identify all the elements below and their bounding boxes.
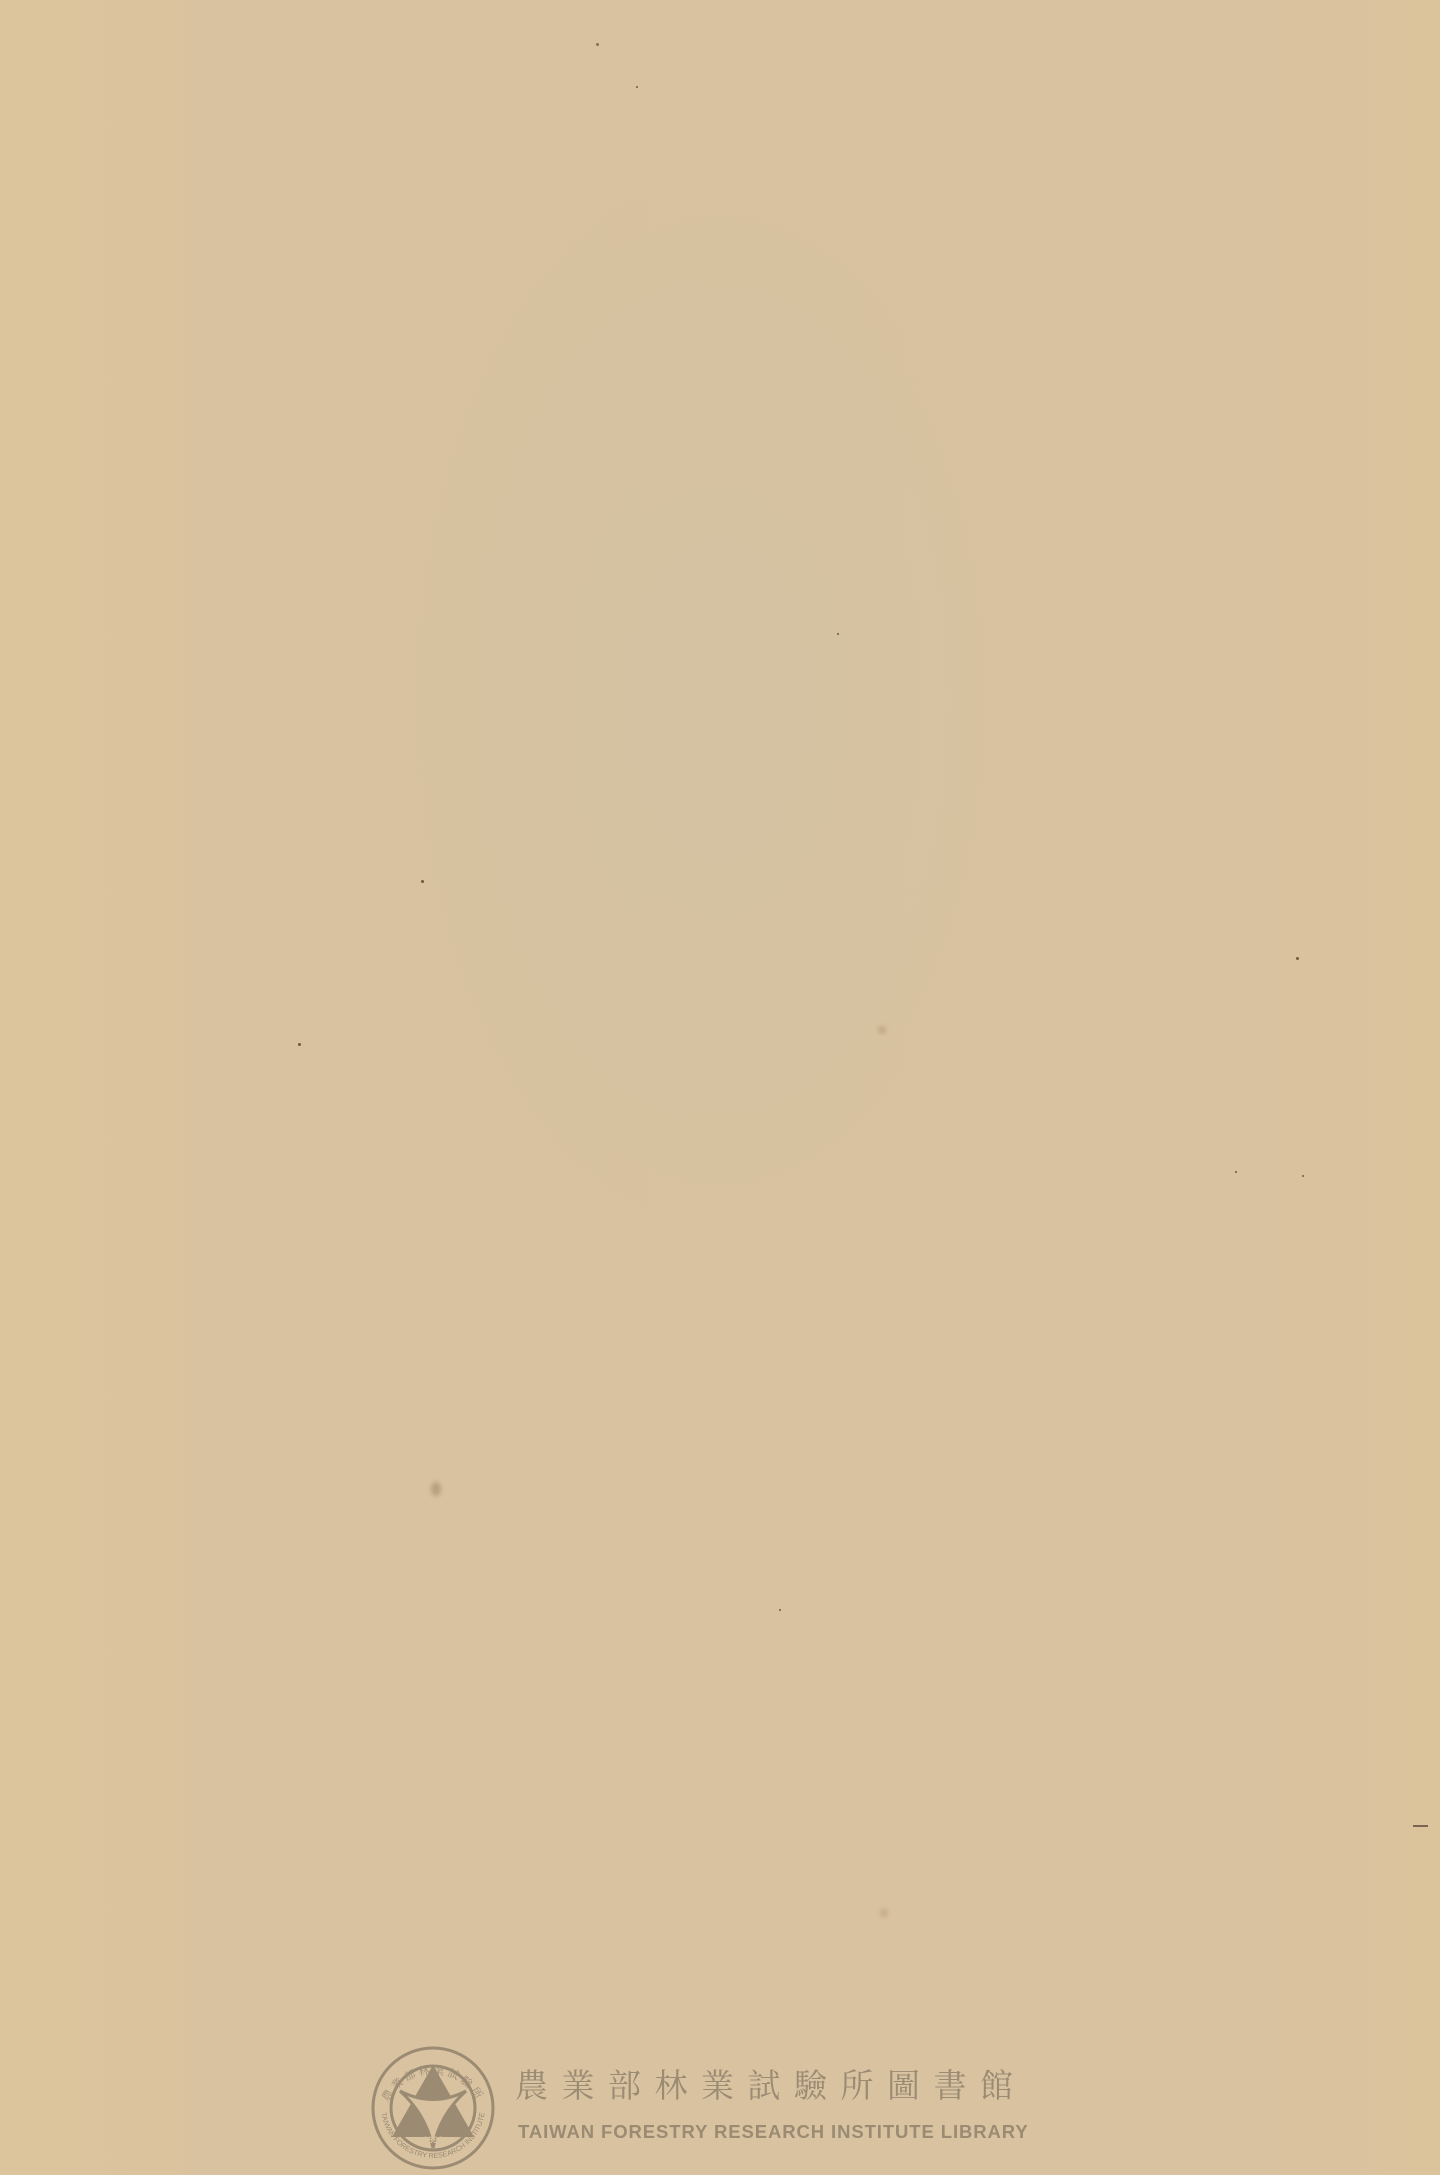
paper-speck <box>421 880 424 883</box>
institute-seal-icon: 1896 農業部林業試驗所 TAIWAN FORESTRY RESEARCH I… <box>370 2042 498 2172</box>
paper-speck <box>636 86 638 88</box>
library-name-chinese: 農業部林業試驗所圖書館 <box>515 2066 1027 2106</box>
paper-speck <box>779 1609 781 1611</box>
paper-speck <box>1296 957 1299 960</box>
library-name-english: TAIWAN FORESTRY RESEARCH INSTITUTE LIBRA… <box>518 2122 1029 2142</box>
paper-smudge <box>878 1026 886 1034</box>
paper-speck <box>1235 1171 1237 1173</box>
paper-smudge <box>880 1909 888 1917</box>
svg-text:1896: 1896 <box>423 2135 443 2145</box>
paper-mark <box>1413 1825 1428 1827</box>
paper-speck <box>1302 1175 1304 1177</box>
paper-speck <box>298 1043 301 1046</box>
paper-background <box>0 0 1440 2175</box>
library-watermark: 1896 農業部林業試驗所 TAIWAN FORESTRY RESEARCH I… <box>370 2042 1030 2175</box>
paper-smudge <box>431 1482 441 1496</box>
paper-speck <box>596 43 599 46</box>
paper-speck <box>837 633 839 635</box>
